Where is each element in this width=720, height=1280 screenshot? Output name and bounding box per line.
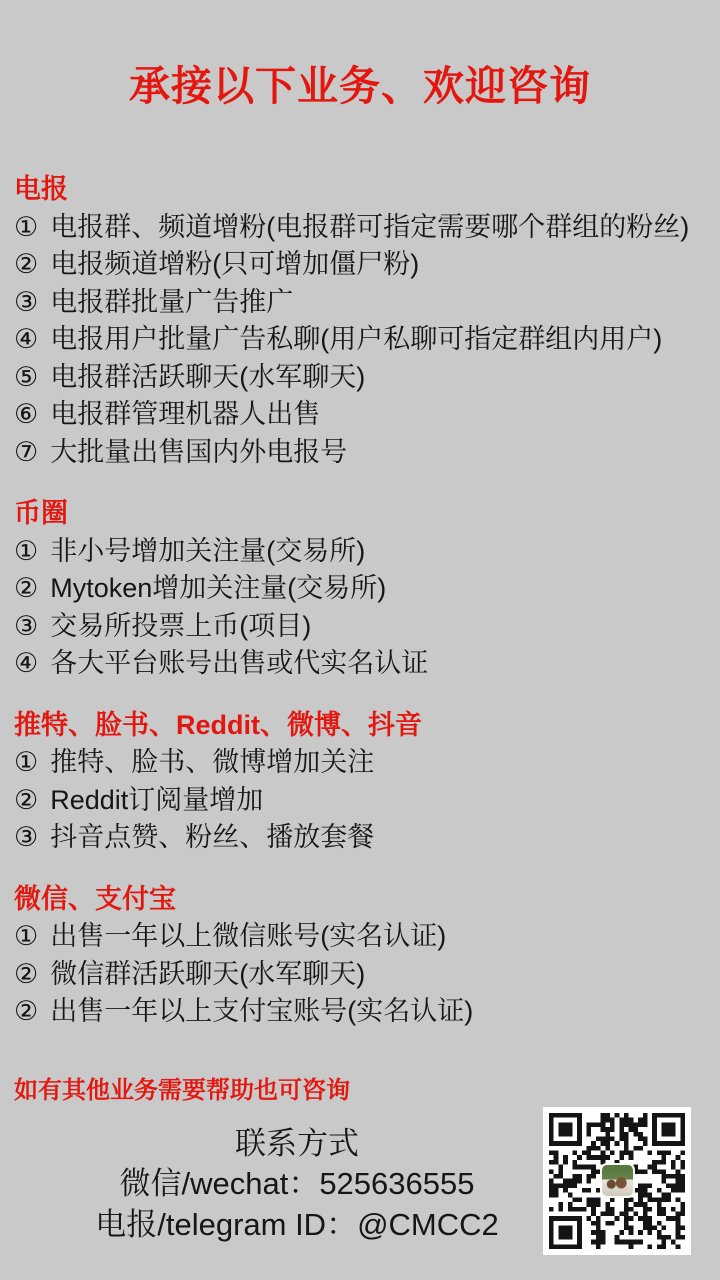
item-text: 微信群活跃聊天(水军聊天) — [50, 956, 365, 994]
item-text: 各大平台账号出售或代实名认证 — [50, 645, 428, 683]
item-marker: ② — [14, 993, 38, 1031]
list-item: ③电报群批量广告推广 — [14, 284, 714, 322]
item-text: 抖音点赞、粉丝、播放套餐 — [50, 819, 374, 857]
section-telegram: 电报 ①电报群、频道增粉(电报群可指定需要哪个群组的粉丝) ②电报频道增粉(只可… — [14, 171, 714, 471]
item-marker: ⑤ — [14, 359, 38, 397]
list-item: ②电报频道增粉(只可增加僵尸粉) — [14, 246, 714, 284]
item-marker: ⑥ — [14, 396, 38, 434]
item-text: 推特、脸书、微博增加关注 — [50, 744, 374, 782]
item-marker: ① — [14, 918, 38, 956]
list-item: ⑥电报群管理机器人出售 — [14, 396, 714, 434]
item-marker: ④ — [14, 321, 38, 359]
section-header: 电报 — [14, 171, 714, 209]
section-crypto: 币圈 ①非小号增加关注量(交易所) ②Mytoken增加关注量(交易所) ③交易… — [14, 495, 714, 683]
list-item: ④电报用户批量广告私聊(用户私聊可指定群组内用户) — [14, 321, 714, 359]
qr-center-photo — [600, 1163, 635, 1198]
item-text: 电报频道增粉(只可增加僵尸粉) — [50, 246, 419, 284]
section-wechat-alipay: 微信、支付宝 ①出售一年以上微信账号(实名认证) ②微信群活跃聊天(水军聊天) … — [14, 881, 714, 1031]
item-text: 电报群活跃聊天(水军聊天) — [50, 359, 365, 397]
item-marker: ① — [14, 744, 38, 782]
item-marker: ④ — [14, 645, 38, 683]
page-title: 承接以下业务、欢迎咨询 — [0, 0, 720, 111]
section-social-media: 推特、脸书、Reddit、微博、抖音 ①推特、脸书、微博增加关注 ②Reddit… — [14, 707, 714, 857]
item-marker: ⑦ — [14, 434, 38, 472]
list-item: ①出售一年以上微信账号(实名认证) — [14, 918, 714, 956]
item-marker: ① — [14, 209, 38, 247]
item-text: 大批量出售国内外电报号 — [50, 434, 347, 472]
list-item: ①电报群、频道增粉(电报群可指定需要哪个群组的粉丝) — [14, 209, 714, 247]
list-item: ③交易所投票上币(项目) — [14, 608, 714, 646]
item-text: 电报用户批量广告私聊(用户私聊可指定群组内用户) — [50, 321, 662, 359]
list-item: ⑤电报群活跃聊天(水军聊天) — [14, 359, 714, 397]
list-item: ⑦大批量出售国内外电报号 — [14, 434, 714, 472]
services-list: 电报 ①电报群、频道增粉(电报群可指定需要哪个群组的粉丝) ②电报频道增粉(只可… — [0, 171, 720, 1245]
item-marker: ③ — [14, 819, 38, 857]
list-item: ②出售一年以上支付宝账号(实名认证) — [14, 993, 714, 1031]
section-header: 微信、支付宝 — [14, 881, 714, 919]
item-text: 电报群、频道增粉(电报群可指定需要哪个群组的粉丝) — [50, 209, 689, 247]
item-marker: ② — [14, 956, 38, 994]
section-header: 推特、脸书、Reddit、微博、抖音 — [14, 707, 714, 745]
section-header: 币圈 — [14, 495, 714, 533]
telegram-contact: 电报/telegram ID：@CMCC2 — [14, 1205, 580, 1246]
item-text: Mytoken增加关注量(交易所) — [50, 570, 386, 608]
item-marker: ② — [14, 570, 38, 608]
list-item: ②Mytoken增加关注量(交易所) — [14, 570, 714, 608]
list-item: ②微信群活跃聊天(水军聊天) — [14, 956, 714, 994]
item-text: 电报群批量广告推广 — [50, 284, 293, 322]
item-text: 出售一年以上微信账号(实名认证) — [50, 918, 446, 956]
item-text: 电报群管理机器人出售 — [50, 396, 320, 434]
list-item: ①推特、脸书、微博增加关注 — [14, 744, 714, 782]
contact-title: 联系方式 — [14, 1124, 580, 1165]
item-text: 非小号增加关注量(交易所) — [50, 533, 365, 571]
item-text: 出售一年以上支付宝账号(实名认证) — [50, 993, 473, 1031]
item-text: Reddit订阅量增加 — [50, 782, 263, 820]
item-marker: ③ — [14, 284, 38, 322]
item-marker: ② — [14, 246, 38, 284]
item-marker: ③ — [14, 608, 38, 646]
list-item: ②Reddit订阅量增加 — [14, 782, 714, 820]
list-item: ①非小号增加关注量(交易所) — [14, 533, 714, 571]
other-services-note: 如有其他业务需要帮助也可咨询 — [14, 1076, 714, 1106]
wechat-qr-code — [543, 1107, 691, 1255]
contact-block: 联系方式 微信/wechat：525636555 电报/telegram ID：… — [14, 1124, 580, 1246]
item-text: 交易所投票上币(项目) — [50, 608, 311, 646]
item-marker: ② — [14, 782, 38, 820]
list-item: ③抖音点赞、粉丝、播放套餐 — [14, 819, 714, 857]
wechat-contact: 微信/wechat：525636555 — [14, 1164, 580, 1205]
list-item: ④各大平台账号出售或代实名认证 — [14, 645, 714, 683]
item-marker: ① — [14, 533, 38, 571]
